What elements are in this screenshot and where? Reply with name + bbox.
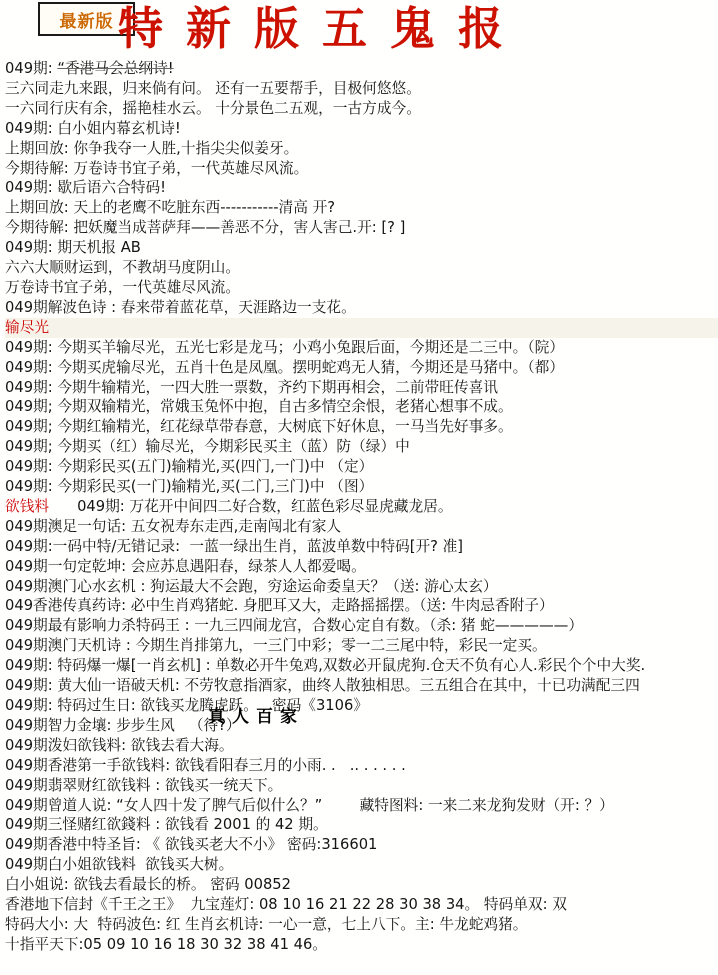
line-text: 049期白小姐欲钱料 欲钱买大树。 (5, 856, 233, 873)
text-line: 输尽光 (5, 318, 718, 338)
line-text: 049期: 今期买虎输尽光，五肖十色是凤凰。摆明蛇鸡无人猜，今期还是马猪中。（都… (5, 359, 564, 376)
line-text: 输尽光 (5, 319, 49, 336)
line-text: 049期: 歇后语六合特码! (5, 179, 166, 196)
line-text: 049期; 今期双输精光，常娥玉兔怀中抱，自古多情空余恨，老猪心想事不成。 (5, 398, 513, 415)
text-line: 049期翡翠财红欲钱料 : 欲钱买一统天下。 (5, 776, 718, 796)
line-text: 049期澳门心水玄机 : 狗运最大不会跑，穷途运命委皇天？（送: 游心太玄） (5, 578, 498, 595)
line-text: 欲钱料 (5, 498, 49, 515)
line-text: 049期香港第一手欲钱料: 欲钱看阳春三月的小雨. . .. . . . . . (5, 757, 406, 774)
line-text: 049期; 今期买（红）输尽光，今期彩民买主（蓝）防（绿）中 (5, 438, 410, 455)
text-line: 049期三怪赌红欲錢料 : 欲钱看 2001 的 42 期。 (5, 815, 718, 835)
line-text: 049期曾道人说: “女人四十发了脾气后似什么？” 藏特图料: 一来二来龙狗发财… (5, 797, 614, 814)
line-text: 049期: 黄大仙一语破天机: 不劳牧意指酒家，曲终人散独相思。三五组合在其中，… (5, 677, 640, 694)
text-line: 十指平天下:05 09 10 16 18 30 32 38 41 46。 (5, 935, 718, 955)
text-line: 今期待解: 把妖魔当成菩萨拜——善恶不分，害人害己.开: [? ] (5, 218, 718, 238)
text-line: 三六同走九来跟，归来倘有问。 还有一五要帮手，目极何悠悠。 (5, 79, 718, 99)
line-text: 049期澳足一句话: 五女祝寿东走西,走南闯北有家人 (5, 518, 341, 535)
text-line: 049期:一码中特/无错记录: 一蓝一绿出生肖，蓝波单数中特码[开? 准] (5, 537, 718, 557)
text-line: 049期: 今期彩民买(五门)输精光,买(四门,一门)中 （定） (5, 457, 718, 477)
text-line: 049期: “香港马会总纲诗! (5, 59, 718, 79)
line-text: 049期泼妇欲钱料: 欲钱去看大海。 (5, 737, 234, 754)
text-line: 049期泼妇欲钱料: 欲钱去看大海。 (5, 736, 718, 756)
line-text: “香港马会总纲诗! (57, 60, 173, 77)
text-line: 今期待解: 万卷诗书宜子弟，一代英雄尽风流。 (5, 159, 718, 179)
text-line: 049期澳门心水玄机 : 狗运最大不会跑，穷途运命委皇天？（送: 游心太玄） (5, 577, 718, 597)
line-text: 十指平天下:05 09 10 16 18 30 32 38 41 46。 (5, 936, 327, 953)
line-text: 049期解波色诗 : 春来带着蓝花草，天涯路边一支花。 (5, 299, 356, 316)
line-text: 049期: 特码爆一爆[一肖玄机] : 单数必开牛兔鸡,双数必开鼠虎狗.仓天不负… (5, 657, 645, 674)
text-line: 049期香港第一手欲钱料: 欲钱看阳春三月的小雨. . .. . . . . . (5, 756, 718, 776)
line-text: 白小姐说: 欲钱去看最长的桥。 密码 00852 (5, 876, 291, 893)
page-title: 特新版五鬼报 (118, 0, 526, 60)
line-text: 三六同走九来跟，归来倘有问。 还有一五要帮手，目极何悠悠。 (5, 80, 421, 97)
line-text: 一六同行庆有余，摇艳桂水云。 十分景色二五观，一古方成今。 (5, 100, 421, 117)
text-line: 049期; 今期买（红）输尽光，今期彩民买主（蓝）防（绿）中 (5, 437, 718, 457)
line-text: 上期回放: 你争我夺一人胜,十指尖尖似姜牙。 (5, 140, 298, 157)
line-text: 万卷诗书宜子弟，一代英雄尽风流。 (5, 279, 240, 296)
line-text: 049期: 今期牛输精光，一四大胜一票数，齐约下期再相会，二前带旺传喜讯 (5, 379, 498, 396)
text-line: 049期; 今期红输精光，红花绿草带春意，大树底下好休息，一马当先好事多。 (5, 417, 718, 437)
line-text: 049期: 特码过生日: 欲钱买龙腾虎跃。 密码《3106》 (5, 697, 368, 714)
line-text: 049期:一码中特/无错记录: 一蓝一绿出生肖，蓝波单数中特码[开? 准] (5, 538, 463, 555)
text-line: 049期: 黄大仙一语破天机: 不劳牧意指酒家，曲终人散独相思。三五组合在其中，… (5, 676, 718, 696)
line-text: 049期翡翠财红欲钱料 : 欲钱买一统天下。 (5, 777, 282, 794)
text-line: 049期: 特码过生日: 欲钱买龙腾虎跃。 密码《3106》 (5, 696, 718, 716)
text-line: 049期: 白小姐内幕玄机诗! (5, 119, 718, 139)
line-text: 049香港传真药诗: 必中生肖鸡猪蛇. 身肥耳又大，走路摇摇摆。（送: 牛肉忌香… (5, 597, 554, 614)
text-line: 049期: 今期买羊输尽光，五光七彩是龙马；小鸡小兔跟后面，今期还是二三中。（院… (5, 338, 718, 358)
line-text: 049期: (5, 60, 57, 77)
line-text: 049期: 今期买羊输尽光，五光七彩是龙马；小鸡小兔跟后面，今期还是二三中。（院… (5, 339, 564, 356)
text-line: 上期回放: 你争我夺一人胜,十指尖尖似姜牙。 (5, 139, 718, 159)
line-text: 049期香港中特圣旨: 《 欲钱买老大不小》 密码:316601 (5, 836, 377, 853)
text-line: 049期: 歇后语六合特码! (5, 178, 718, 198)
text-line: 六六大顺财运到，不教胡马度阴山。 (5, 258, 718, 278)
text-line: 049期最有影响力杀特码王 : 一九三四闹龙宫，合数心定自有数。（杀: 猪 蛇—… (5, 616, 718, 636)
line-text: 今期待解: 万卷诗书宜子弟，一代英雄尽风流。 (5, 160, 308, 177)
line-text: 今期待解: 把妖魔当成菩萨拜——善恶不分，害人害己.开: [? ] (5, 219, 405, 236)
line-text: 049期一句定乾坤: 会应苏息遇阳春，绿茶人人都爱喝。 (5, 558, 366, 575)
text-line: 049期: 今期彩民买(一门)输精光,买(二门,三门)中 （图） (5, 477, 718, 497)
line-text: 049期: 今期彩民买(一门)输精光,买(二门,三门)中 （图） (5, 478, 373, 495)
text-line: 049期: 期天机报 AB (5, 238, 718, 258)
text-line: 万卷诗书宜子弟，一代英雄尽风流。 (5, 278, 718, 298)
line-text: 049期: 白小姐内幕玄机诗! (5, 120, 181, 137)
text-line: 特码大小: 大 特码波色: 红 生肖玄机诗: 一心一意，七上八下。主: 牛龙蛇鸡… (5, 915, 718, 935)
line-text: 049期: 万花开中间四二好合数，红蓝色彩尽显虎藏龙居。 (49, 498, 452, 515)
text-line: 049期香港中特圣旨: 《 欲钱买老大不小》 密码:316601 (5, 835, 718, 855)
text-line: 049期一句定乾坤: 会应苏息遇阳春，绿茶人人都爱喝。 (5, 557, 718, 577)
line-text: 049期最有影响力杀特码王 : 一九三四闹龙宫，合数心定自有数。（杀: 猪 蛇—… (5, 617, 583, 634)
text-line: 049期澳门天机诗 : 今期生肖排第九，一三门中彩；零一二三尾中特，彩民一定买。 (5, 636, 718, 656)
line-text: 上期回放: 天上的老鹰不吃脏东西-----------清高 开? (5, 199, 335, 216)
text-line: 香港地下信封《千王之王》 九宝莲灯: 08 10 16 21 22 28 30 … (5, 895, 718, 915)
text-line: 049期澳足一句话: 五女祝寿东走西,走南闯北有家人 (5, 517, 718, 537)
text-line: 049期; 今期双输精光，常娥玉兔怀中抱，自古多情空余恨，老猪心想事不成。 (5, 397, 718, 417)
line-text: 049期智力金壤: 步步生风 （待?） (5, 717, 241, 734)
line-text: 049期澳门天机诗 : 今期生肖排第九，一三门中彩；零一二三尾中特，彩民一定买。 (5, 637, 547, 654)
line-text: 049期; 今期红输精光，红花绿草带春意，大树底下好休息，一马当先好事多。 (5, 418, 513, 435)
text-line: 一六同行庆有余，摇艳桂水云。 十分景色二五观，一古方成今。 (5, 99, 718, 119)
text-line: 欲钱料 049期: 万花开中间四二好合数，红蓝色彩尽显虎藏龙居。 (5, 497, 718, 517)
text-line: 049期: 今期买虎输尽光，五肖十色是凤凰。摆明蛇鸡无人猜，今期还是马猪中。（都… (5, 358, 718, 378)
line-text: 香港地下信封《千王之王》 九宝莲灯: 08 10 16 21 22 28 30 … (5, 896, 567, 913)
text-line: 049期智力金壤: 步步生风 （待?）真人百家 (5, 716, 718, 736)
page: 最新版 特新版五鬼报 049期: “香港马会总纲诗!三六同走九来跟，归来倘有问。… (0, 0, 718, 975)
line-text: 特码大小: 大 特码波色: 红 生肖玄机诗: 一心一意，七上八下。主: 牛龙蛇鸡… (5, 916, 527, 933)
text-line: 049期: 今期牛输精光，一四大胜一票数，齐约下期再相会，二前带旺传喜讯 (5, 378, 718, 398)
line-text: 六六大顺财运到，不教胡马度阴山。 (5, 259, 240, 276)
text-line: 上期回放: 天上的老鹰不吃脏东西-----------清高 开? (5, 198, 718, 218)
text-line: 049期白小姐欲钱料 欲钱买大树。 (5, 855, 718, 875)
line-text: 049期: 今期彩民买(五门)输精光,买(四门,一门)中 （定） (5, 458, 373, 475)
text-line: 049香港传真药诗: 必中生肖鸡猪蛇. 身肥耳又大，走路摇摇摆。（送: 牛肉忌香… (5, 596, 718, 616)
text-line: 049期曾道人说: “女人四十发了脾气后似什么？” 藏特图料: 一来二来龙狗发财… (5, 796, 718, 816)
text-line: 049期解波色诗 : 春来带着蓝花草，天涯路边一支花。 (5, 298, 718, 318)
line-text: 049期三怪赌红欲錢料 : 欲钱看 2001 的 42 期。 (5, 816, 328, 833)
text-line: 白小姐说: 欲钱去看最长的桥。 密码 00852 (5, 875, 718, 895)
document-body: 049期: “香港马会总纲诗!三六同走九来跟，归来倘有问。 还有一五要帮手，目极… (0, 59, 718, 955)
text-line: 049期: 特码爆一爆[一肖玄机] : 单数必开牛兔鸡,双数必开鼠虎狗.仓天不负… (5, 656, 718, 676)
line-text: 049期: 期天机报 AB (5, 239, 141, 256)
watermark-overlay: 真人百家 (208, 708, 304, 728)
